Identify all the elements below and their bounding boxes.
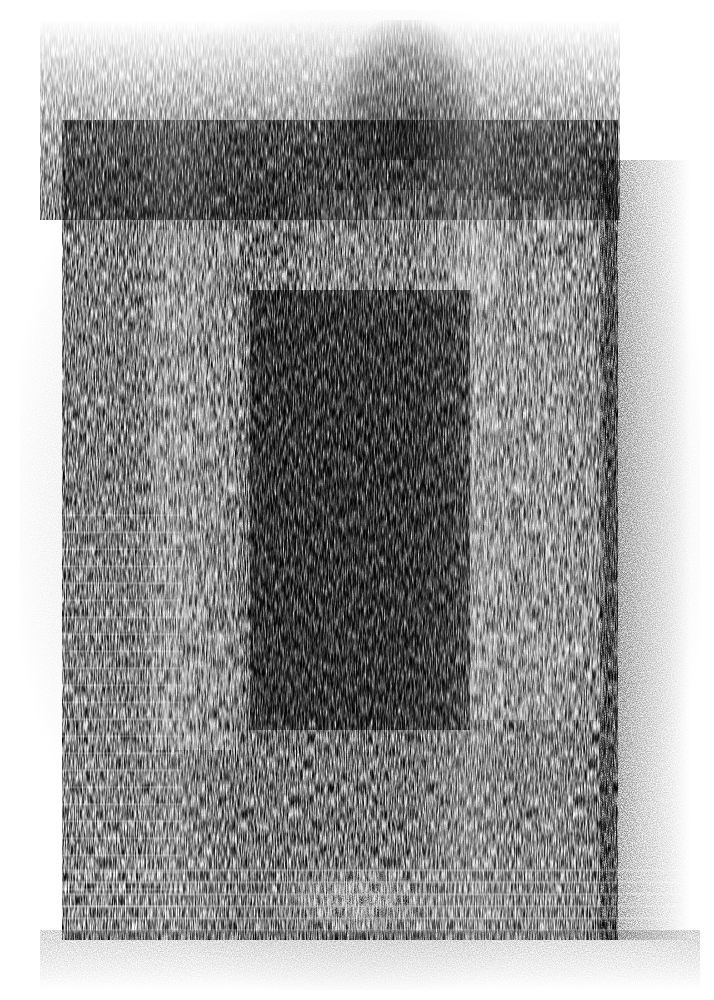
- right-fringe: [600, 160, 690, 940]
- bottom-dust: [40, 930, 700, 990]
- bottom-light-patch: [260, 860, 460, 940]
- bottom-striations-left: [62, 500, 182, 920]
- grunge-texture-canvas: [0, 0, 714, 1000]
- inner-doorway: [250, 290, 470, 730]
